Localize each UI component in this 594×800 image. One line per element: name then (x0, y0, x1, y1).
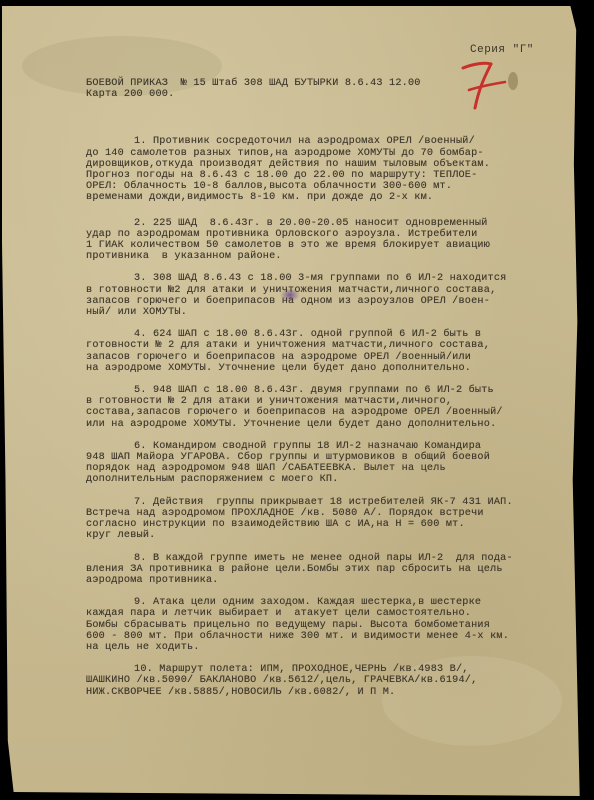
text-line: 3. 308 ШАД 8.6.43 с 18.00 3-мя группами … (86, 273, 566, 284)
text-line: в готовности №2 для атаки и уничтожения … (86, 285, 566, 296)
text-line: 2. 225 ШАД 8.6.43г. в 20.00-20.05 наноси… (86, 218, 566, 229)
paragraph-10: 10. Маршрут полета: ИПМ, ПРОХОДНОЕ,ЧЕРНЬ… (86, 664, 566, 698)
text-line: 1. Противник сосредоточил на аэродромах … (86, 136, 566, 147)
text-line: ШАШКИНО /кв.5090/ БАКЛАНОВО /кв.5612/,це… (86, 675, 566, 686)
text-line: запасов горючего и боеприпасов на аэродр… (86, 352, 566, 363)
text-line: в готовности № 2 для атаки и уничтожения… (86, 396, 566, 407)
paragraph-5: 5. 948 ШАП с 18.00 8.6.43г. двумя группа… (86, 385, 566, 430)
paragraph-8: 8. В каждой группе иметь не менее одной … (86, 553, 566, 587)
paragraph-6: 6. Командиром сводной группы 18 ИЛ-2 наз… (86, 441, 566, 486)
paragraph-2: 2. 225 ШАД 8.6.43г. в 20.00-20.05 наноси… (86, 218, 566, 263)
text-line: 948 ШАП Майора УГАРОВА. Сбор группы и шт… (86, 452, 566, 463)
text-line: или на аэродроме ХОМУТЫ. Уточнение цели … (86, 419, 566, 430)
text-line: Бомбы сбрасывать прицельно по ведущему п… (86, 620, 566, 631)
text-line: ОРЕЛ: Облачность 10-8 баллов,высота обла… (86, 181, 566, 192)
text-line: запасов горючего и боеприпасов на одном … (86, 296, 566, 307)
text-line: вления ЗА противника в районе цели.Бомбы… (86, 564, 566, 575)
text-line: круг левый. (86, 530, 566, 541)
text-line: аэродрома противника. (86, 575, 566, 586)
text-line: 9. Атака цели одним заходом. Каждая шест… (86, 597, 566, 608)
text-line: противника в указанном районе. (86, 251, 566, 262)
paragraph-9: 9. Атака цели одним заходом. Каждая шест… (86, 597, 566, 653)
text-line: 5. 948 ШАП с 18.00 8.6.43г. двумя группа… (86, 385, 566, 396)
paragraph-7: 7. Действия группы прикрывает 18 истреби… (86, 497, 566, 542)
combat-order-text: БОЕВОЙ ПРИКАЗ № 15 Штаб 308 ШАД БУТЫРКИ … (86, 78, 566, 698)
text-line: согласно инструкции по взаимодействию ША… (86, 519, 566, 530)
text-line: на аэродроме ХОМУТЫ. Уточнение цели буде… (86, 363, 566, 374)
text-line: 6. Командиром сводной группы 18 ИЛ-2 наз… (86, 441, 566, 452)
text-line: дировщиков,откуда производят действия по… (86, 159, 566, 170)
text-line: дополнительным распоряжением с моего КП. (86, 474, 566, 485)
text-line: 4. 624 ШАП с 18.00 8.6.43г. одной группо… (86, 329, 566, 340)
text-line: НИЖ.СКВОРЧЕЕ /кв.5885/,НОВОСИЛЬ /кв.6082… (86, 687, 566, 698)
text-line: до 140 самолетов разных типов,на аэродро… (86, 148, 566, 159)
text-line: удар по аэродромам противника Орловского… (86, 229, 566, 240)
text-line: ный/ или ХОМУТЫ. (86, 307, 566, 318)
text-line: состава,запасов горючего и боеприпасов н… (86, 407, 566, 418)
text-line: Встреча над аэродромом ПРОХЛАДНОЕ /кв. 5… (86, 508, 566, 519)
paragraph-1: 1. Противник сосредоточил на аэродромах … (86, 136, 566, 203)
map-scale: Карта 200 000. (86, 89, 566, 100)
text-line: 10. Маршрут полета: ИПМ, ПРОХОДНОЕ,ЧЕРНЬ… (86, 664, 566, 675)
text-line: Прогноз погоды на 8.6.43 с 18.00 до 22.0… (86, 170, 566, 181)
text-line: готовности № 2 для атаки и уничтожения м… (86, 340, 566, 351)
text-line: каждая пара и летчик выбирает и атакует … (86, 608, 566, 619)
text-line: 8. В каждой группе иметь не менее одной … (86, 553, 566, 564)
order-title: БОЕВОЙ ПРИКАЗ № 15 Штаб 308 ШАД БУТЫРКИ … (86, 78, 566, 89)
paragraph-3: 3. 308 ШАД 8.6.43 с 18.00 3-мя группами … (86, 273, 566, 318)
paragraph-4: 4. 624 ШАП с 18.00 8.6.43г. одной группо… (86, 329, 566, 374)
text-line: 1 ГИАК количеством 50 самолетов в это же… (86, 240, 566, 251)
text-line: временами дожди,видимость 8-10 км. при д… (86, 192, 566, 203)
text-line: 600 - 800 мт. При облачности ниже 300 мт… (86, 631, 566, 642)
text-line: порядок над аэродромом 948 ШАП /САБАТЕЕВ… (86, 463, 566, 474)
text-line: на цель не ходить. (86, 642, 566, 653)
text-line: 7. Действия группы прикрывает 18 истреби… (86, 497, 566, 508)
